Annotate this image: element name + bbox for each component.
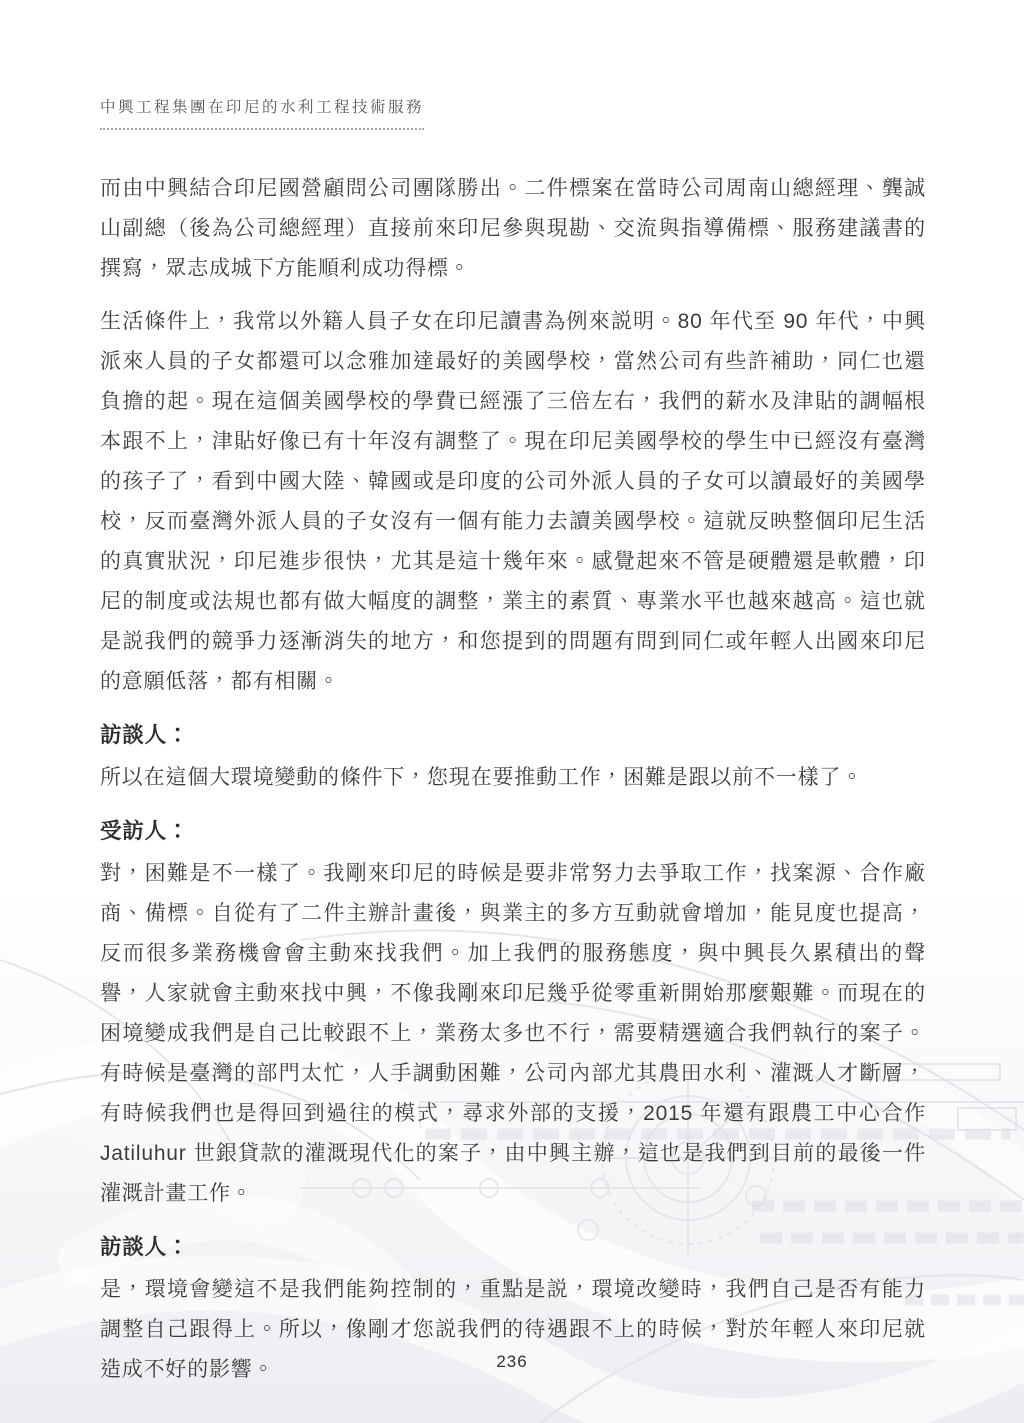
paragraph-interviewee-answer: 對，困難是不一樣了。我剛來印尼的時候是要非常努力去爭取工作，找案源、合作廠商、備… [100, 854, 926, 1214]
paragraph-bid-result: 而由中興結合印尼國營顧問公司團隊勝出。二件標案在當時公司周南山總經理、龔誠山副總… [100, 169, 926, 289]
running-header: 中興工程集團在印尼的水利工程技術服務 [100, 95, 424, 130]
page-number: 236 [496, 1352, 527, 1371]
running-header-title: 中興工程集團在印尼的水利工程技術服務 [100, 95, 424, 130]
paragraph-interviewer-question: 所以在這個大環境變動的條件下，您現在要推動工作，困難是跟以前不一樣了。 [100, 758, 926, 798]
speaker-label-interviewee: 受訪人： [100, 811, 926, 851]
paragraph-living-conditions: 生活條件上，我常以外籍人員子女在印尼讀書為例來説明。80 年代至 90 年代，中… [100, 302, 926, 702]
speaker-label-interviewer: 訪談人： [100, 715, 926, 755]
paragraph-interviewer-closing: 是，環境會變這不是我們能夠控制的，重點是説，環境改變時，我們自己是否有能力調整自… [100, 1270, 926, 1390]
document-body: 而由中興結合印尼國營顧問公司團隊勝出。二件標案在當時公司周南山總經理、龔誠山副總… [100, 169, 926, 1403]
document-page: 中興工程集團在印尼的水利工程技術服務 而由中興結合印尼國營顧問公司團隊勝出。二件… [0, 0, 1024, 1423]
page-footer: 236 [0, 1352, 1024, 1372]
speaker-label-interviewer-2: 訪談人： [100, 1227, 926, 1267]
